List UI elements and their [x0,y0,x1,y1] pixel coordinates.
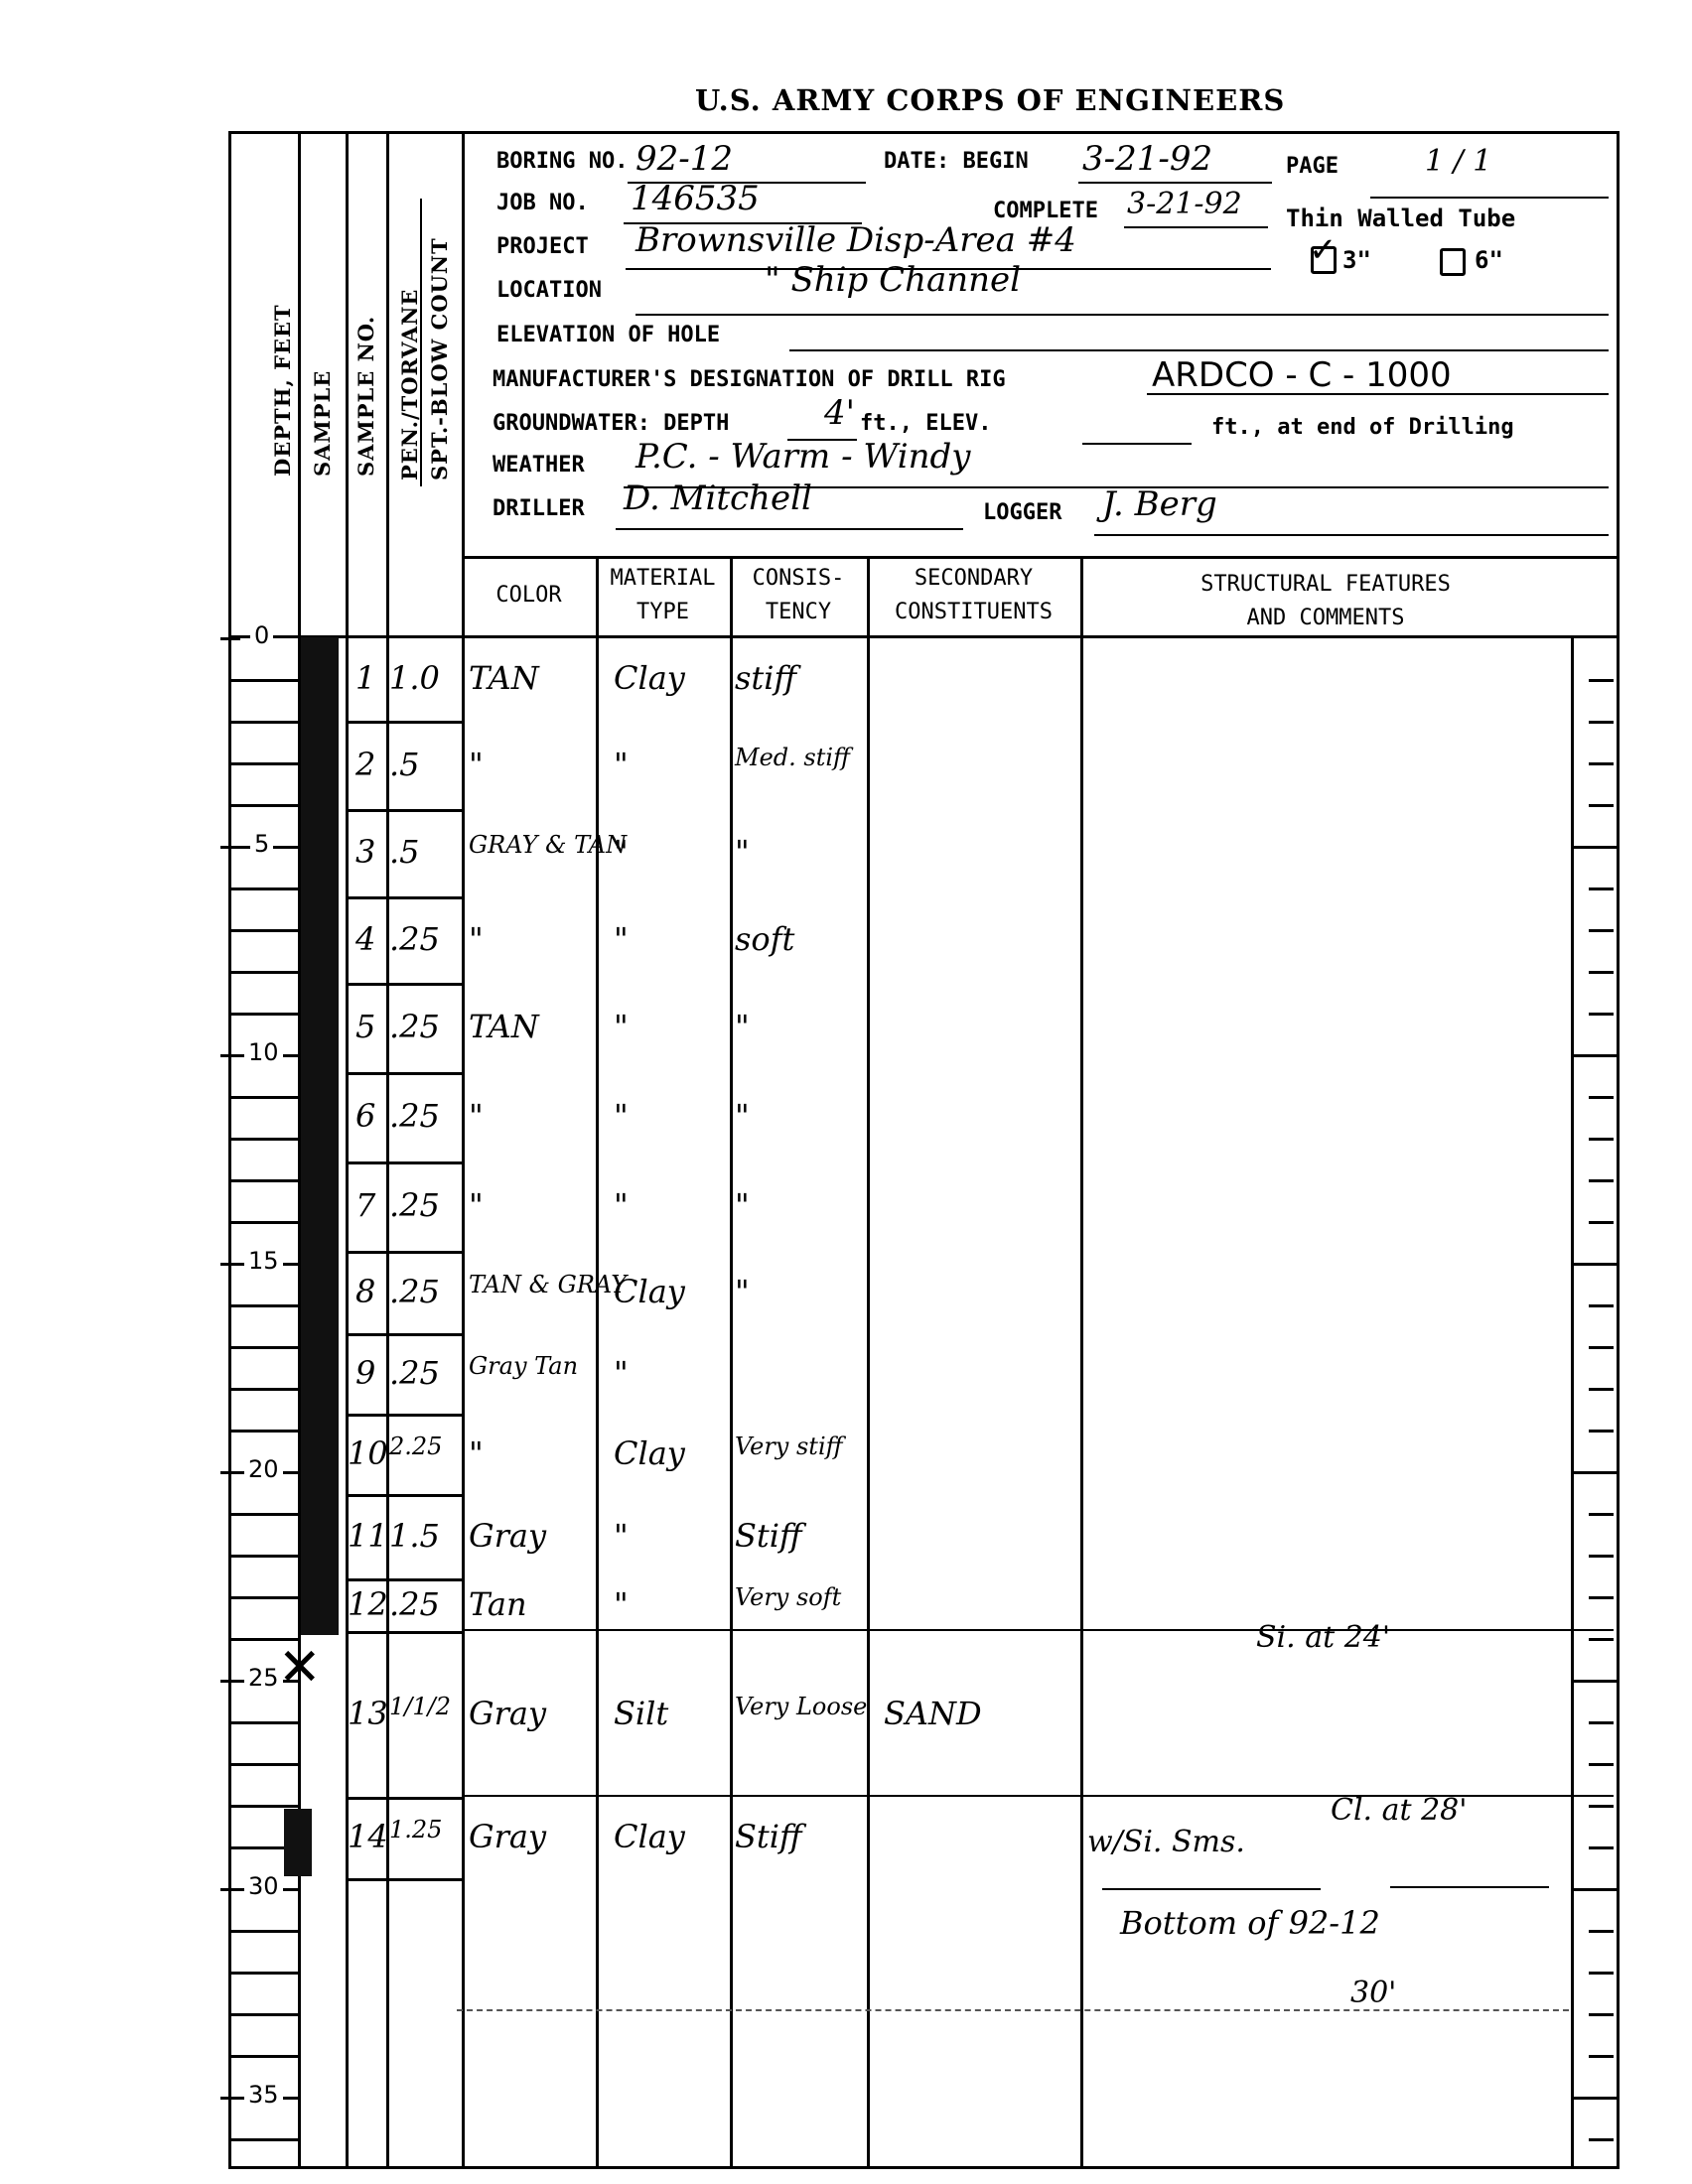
depth-label: 5 [250,830,273,858]
depth-grid-line [228,1555,298,1558]
depth-tick [220,2097,240,2100]
consistency-value: Stiff [735,1818,802,1855]
comment-bottom: Bottom of 92-12 [1120,1904,1380,1942]
right-tick [1589,1096,1614,1099]
right-tick [1571,1263,1617,1266]
consistency-value: " [735,1186,750,1224]
right-tick [1571,1888,1617,1891]
divider [1080,556,1083,2166]
spt-blow-count-header: SPT.-BLOW COUNT [427,237,452,480]
page-title: U.S. ARMY CORPS OF ENGINEERS [695,83,1285,117]
right-tick [1589,887,1614,890]
divider [1571,635,1574,2166]
pen-torvane-header: PEN./TORVANE [397,289,422,480]
depth-grid-line [228,1763,298,1766]
depth-grid-line [228,1304,298,1307]
page-value[interactable]: 1 / 1 [1425,144,1491,179]
sample-no: 13 [348,1695,388,1732]
right-tick [1571,846,1617,849]
pen-value: .25 [389,1273,440,1310]
right-tick [1589,1138,1614,1141]
sample-no: 2 [355,746,375,783]
depth-grid-line [228,1805,298,1808]
color-value: " [469,1186,484,1224]
color-value: TAN [469,659,539,697]
sample-no: 8 [355,1273,375,1310]
sample-row-divider [346,1631,462,1634]
project-label: PROJECT [496,234,589,259]
material-value: " [614,746,629,783]
complete-value[interactable]: 3-21-92 [1127,187,1242,221]
consistency-value: stiff [735,659,796,697]
depth-grid-line [228,1013,298,1016]
date-begin-value[interactable]: 3-21-92 [1082,139,1212,179]
depth-label: 15 [244,1247,283,1275]
pen-value: .5 [389,833,420,871]
sample-no: 7 [355,1186,375,1224]
sample-row-divider [346,1414,462,1417]
driller-value[interactable]: D. Mitchell [624,478,812,518]
material-value: " [614,1097,629,1135]
depth-grid-line [228,887,298,890]
sample-row-divider [346,1161,462,1164]
thin-walled-tube-label: Thin Walled Tube [1286,205,1515,232]
right-tick [1589,1846,1614,1849]
consistency-value: Med. stiff [735,746,850,769]
sample-row-divider [346,721,462,724]
color-value: GRAY & TAN [469,833,627,857]
depth-grid-line [228,1513,298,1516]
sample-no: 3 [355,833,375,871]
depth-grid-line [228,1930,298,1933]
right-tick [1589,2013,1614,2016]
consistency-value: " [735,833,750,871]
pen-value: 1/1/2 [389,1695,451,1718]
material-value: Silt [614,1695,668,1732]
sample-no: 4 [355,920,375,958]
pen-value: .25 [389,1097,440,1135]
sample-row-divider [346,1494,462,1497]
consistency-value: " [735,1008,750,1045]
right-tick [1589,1346,1614,1349]
depth-grid-line [228,804,298,807]
depth-feet-header: DEPTH, FEET [270,304,295,477]
sample-header: SAMPLE [310,370,335,477]
right-tick [1589,1596,1614,1599]
job-no-label: JOB NO. [496,191,589,215]
depth-grid-line [228,1179,298,1182]
consistency-value: " [735,1273,750,1310]
sample-no: 9 [355,1354,375,1392]
material-value: " [614,920,629,958]
right-tick [1589,1930,1614,1933]
col-consistency-2: TENCY [730,596,867,629]
date-begin-label: DATE: BEGIN [884,149,1029,174]
color-value: " [469,746,484,783]
depth-grid-line [228,1972,298,1975]
material-value: " [614,1517,629,1555]
depth-grid-line [228,1596,298,1599]
right-tick [1571,2097,1617,2100]
logger-label: LOGGER [983,500,1061,525]
sample-no: 6 [355,1097,375,1135]
right-tick [1589,1763,1614,1766]
sample-row-divider [346,1333,462,1336]
right-tick [1589,1388,1614,1391]
depth-grid-line [228,2055,298,2058]
depth-tick [220,637,240,640]
weather-label: WEATHER [493,453,585,478]
secondary-value: SAND [884,1695,982,1732]
depth-grid-line [228,721,298,724]
depth-grid-line [228,1346,298,1349]
pen-value: .25 [389,1354,440,1392]
right-tick [1589,721,1614,724]
right-tick [1589,804,1614,807]
depth-label: 25 [244,1664,283,1692]
groundwater-suffix: ft., at end of Drilling [1211,415,1514,440]
pen-value: .25 [389,1008,440,1045]
right-tick [1589,929,1614,932]
right-tick [1589,1555,1614,1558]
groundwater-label: GROUNDWATER: DEPTH [493,411,729,436]
sample-no: 14 [348,1818,388,1855]
material-value: Clay [614,659,685,697]
material-value: " [614,1186,629,1224]
layer-boundary [462,1795,1614,1797]
col-secondary-1: SECONDARY [867,562,1080,596]
depth-grid-line [228,929,298,932]
depth-label: 20 [244,1455,283,1483]
depth-tick [220,1263,240,1266]
pen-value: .25 [389,920,440,958]
sample-no: 12 [348,1585,388,1623]
consistency-value: soft [735,920,794,958]
right-tick [1589,1430,1614,1433]
depth-grid-line [228,2138,298,2141]
sample-row-divider [346,983,462,986]
layer-boundary [462,1629,1614,1631]
divider [596,556,599,2166]
groundwater-depth-value[interactable]: 4' [824,393,855,433]
project-value[interactable]: Brownsville Disp-Area #4 [635,220,1076,260]
right-tick [1589,1013,1614,1016]
depth-tick [220,846,240,849]
boring-no-label: BORING NO. [496,149,628,174]
drill-rig-value[interactable]: ARDCO - C - 1000 [1152,355,1452,395]
color-value: " [469,1097,484,1135]
sample-row-divider [346,1251,462,1254]
driller-label: DRILLER [493,496,585,521]
depth-label: 10 [244,1038,283,1066]
sample-no: 10 [348,1434,388,1472]
depth-tick [220,1054,240,1057]
right-tick [1571,1680,1617,1683]
consistency-value: Very soft [735,1585,841,1609]
location-label: LOCATION [496,278,602,303]
divider [462,556,1617,559]
location-value[interactable]: " Ship Channel [765,260,1021,300]
right-tick [1589,971,1614,974]
depth-grid-line [228,1096,298,1099]
comment-bottom-depth: 30' [1350,1976,1396,2010]
right-tick [1589,1638,1614,1641]
sample-no: 1 [355,659,375,697]
col-structural-2: AND COMMENTS [1080,602,1571,635]
consistency-value: Stiff [735,1517,802,1555]
material-value: Clay [614,1434,685,1472]
sample-row-divider [346,1578,462,1581]
color-value: Gray [469,1517,546,1555]
color-value: Gray [469,1695,546,1732]
right-tick [1589,1179,1614,1182]
divider [346,131,349,2166]
depth-grid-line [228,679,298,682]
consistency-value: Very Loose [735,1695,867,1718]
sample-row-divider [346,896,462,899]
color-value: Tan [469,1585,527,1623]
divider [228,2166,1617,2169]
right-tick [1589,2055,1614,2058]
right-tick [1589,1513,1614,1516]
check-mark-icon: ✓ [1309,230,1338,270]
col-color: COLOR [462,579,596,613]
right-tick [1571,1054,1617,1057]
sample-recovery-bar [284,1809,312,1876]
job-no-value[interactable]: 146535 [631,179,760,218]
depth-grid-line [228,1221,298,1224]
boring-no-value[interactable]: 92-12 [635,139,733,179]
pen-value: .25 [389,1585,440,1623]
comment-si-at-24: Si. at 24' [1256,1620,1390,1655]
divider [386,131,389,2166]
right-tick [1589,679,1614,682]
sample-row-divider [346,1797,462,1800]
tube-6in-label: 6" [1475,246,1503,274]
divider [420,199,422,486]
pen-value: .25 [389,1186,440,1224]
depth-tick [220,1888,240,1891]
divider [462,131,465,2166]
right-tick [1589,1721,1614,1724]
col-material-1: MATERIAL [596,562,730,596]
color-value: Gray [469,1818,546,1855]
right-tick [1589,1805,1614,1808]
sample-row-divider [346,809,462,812]
sample-row-divider [346,1878,462,1881]
material-value: Clay [614,1818,685,1855]
elev-label: ft., ELEV. [860,411,991,436]
pen-value: 2.25 [389,1434,442,1458]
pen-value: 1.25 [389,1818,442,1842]
depth-grid-line [228,762,298,765]
col-consistency-1: CONSIS- [730,562,867,596]
right-tick [1571,1471,1617,1474]
depth-grid-line [228,2013,298,2016]
divider [228,635,1617,638]
right-tick [1589,1972,1614,1975]
no-recovery-x-icon: ✕ [278,1638,322,1698]
tube-3in-label: 3" [1342,246,1371,274]
col-structural-1: STRUCTURAL FEATURES [1080,568,1571,602]
depth-grid-line [228,1388,298,1391]
color-value: TAN [469,1008,539,1045]
material-value: " [614,1008,629,1045]
pen-value: 1.0 [389,659,440,697]
weather-value[interactable]: P.C. - Warm - Windy [635,437,970,477]
drill-rig-label: MANUFACTURER'S DESIGNATION OF DRILL RIG [493,367,1006,392]
material-value: " [614,1585,629,1623]
sample-no: 11 [348,1517,388,1555]
color-value: TAN & GRAY [469,1273,627,1297]
sample-recovery-bar [301,637,339,1635]
col-secondary-2: CONSTITUENTS [867,596,1080,629]
consistency-value: Very stiff [735,1434,843,1458]
comment-cl-at-28: Cl. at 28' [1331,1793,1468,1828]
pen-value: .5 [389,746,420,783]
elevation-label: ELEVATION OF HOLE [496,323,720,347]
material-value: " [614,833,629,871]
material-value: Clay [614,1273,685,1310]
sample-no: 5 [355,1008,375,1045]
comment-w-si-sms: w/Si. Sms. [1087,1825,1245,1859]
depth-label: 30 [244,1872,283,1900]
depth-grid-line [228,1138,298,1141]
divider [867,556,870,2166]
sample-row-divider [346,1072,462,1075]
depth-grid-line [228,971,298,974]
color-value: " [469,920,484,958]
logger-value[interactable]: J. Berg [1102,484,1217,524]
right-tick [1589,2138,1614,2141]
page-label: PAGE [1286,154,1339,179]
depth-label: 0 [250,621,273,649]
right-tick [1589,1221,1614,1224]
color-value: " [469,1434,484,1472]
right-tick [1589,1304,1614,1307]
right-tick [1589,762,1614,765]
color-value: Gray Tan [469,1354,578,1378]
depth-grid-line [228,1721,298,1724]
depth-tick [220,1680,240,1683]
sample-no-header: SAMPLE NO. [353,316,378,477]
pen-value: 1.5 [389,1517,440,1555]
depth-label: 35 [244,2081,283,2109]
col-material-2: TYPE [596,596,730,629]
depth-grid-line [228,1430,298,1433]
depth-tick [220,1471,240,1474]
divider [730,556,733,2166]
tube-6in-checkbox[interactable] [1440,248,1466,276]
consistency-value: " [735,1097,750,1135]
material-value: " [614,1354,629,1392]
